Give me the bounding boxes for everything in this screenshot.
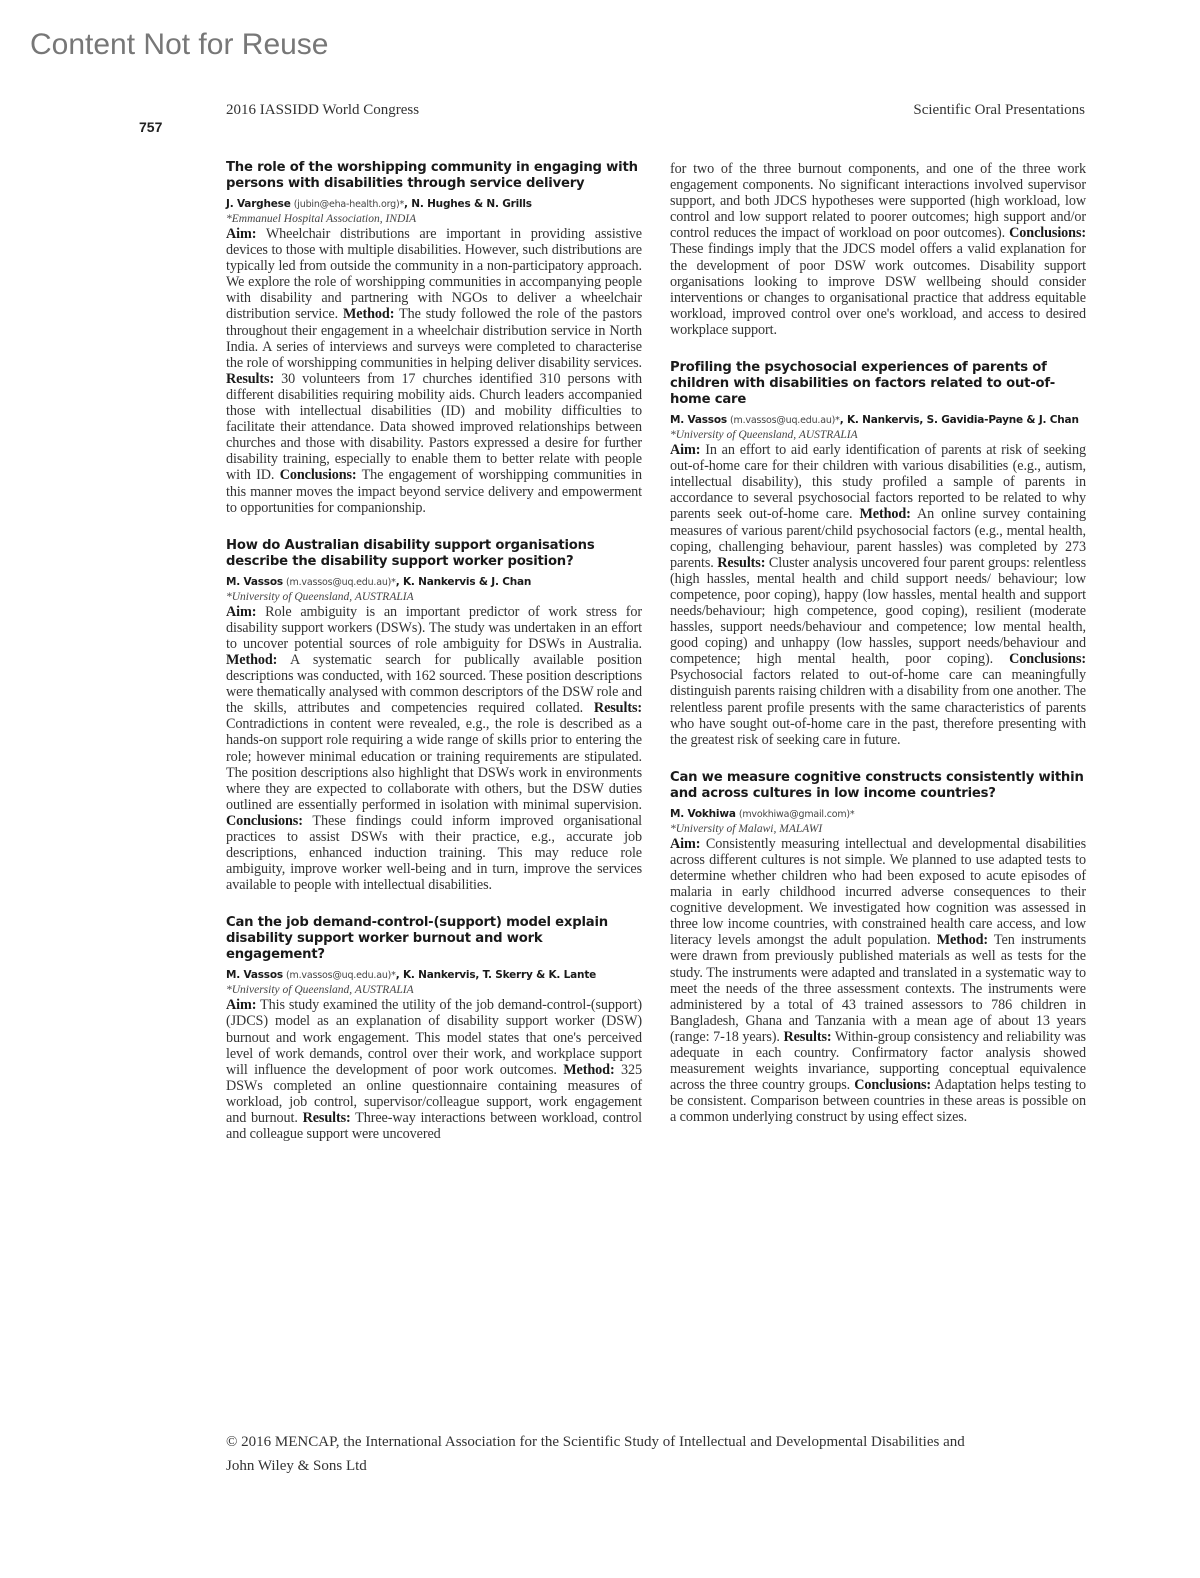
lead-author: M. Vassos bbox=[226, 576, 283, 588]
section-label: Method: bbox=[937, 932, 988, 948]
abstract: How do Australian disability support org… bbox=[226, 538, 642, 894]
lead-author: M. Vassos bbox=[226, 969, 283, 981]
section-label: Conclusions: bbox=[226, 813, 303, 829]
abstract-title: Can the job demand-control-(support) mod… bbox=[226, 915, 642, 963]
section-label: Results: bbox=[594, 700, 642, 716]
running-header-right: Scientific Oral Presentations bbox=[913, 102, 1085, 119]
section-label: Conclusions: bbox=[280, 467, 357, 483]
abstract: Profiling the psychosocial experiences o… bbox=[670, 360, 1086, 748]
copyright-line-2: John Wiley & Sons Ltd bbox=[226, 1454, 1096, 1478]
author-email: (mvokhiwa@gmail.com)* bbox=[739, 809, 855, 820]
affiliation: *University of Queensland, AUSTRALIA bbox=[670, 428, 1086, 442]
affiliation: *University of Queensland, AUSTRALIA bbox=[226, 590, 642, 604]
abstract-continuation: for two of the three burnout components,… bbox=[670, 161, 1086, 338]
co-authors: , N. Hughes & N. Grills bbox=[404, 198, 532, 210]
author-line: J. Varghese (jubin@eha-health.org)*, N. … bbox=[226, 197, 642, 212]
section-label: Aim: bbox=[670, 836, 700, 852]
author-email: (m.vassos@uq.edu.au)* bbox=[730, 415, 840, 426]
page-number: 757 bbox=[139, 119, 162, 135]
author-line: M. Vokhiwa (mvokhiwa@gmail.com)* bbox=[670, 807, 1086, 822]
section-label: Method: bbox=[859, 506, 910, 522]
section-label: Results: bbox=[717, 555, 765, 571]
abstract-body: for two of the three burnout components,… bbox=[670, 161, 1086, 338]
affiliation: *University of Malawi, MALAWI bbox=[670, 822, 1086, 836]
section-label: Aim: bbox=[226, 997, 256, 1013]
section-text: Psychosocial factors related to out-of-h… bbox=[670, 667, 1086, 747]
abstract-body: Aim: This study examined the utility of … bbox=[226, 997, 642, 1142]
section-label: Conclusions: bbox=[1009, 651, 1086, 667]
abstract-body: Aim: Wheelchair distributions are import… bbox=[226, 226, 642, 516]
abstract-body: Aim: In an effort to aid early identific… bbox=[670, 442, 1086, 748]
abstract-title: How do Australian disability support org… bbox=[226, 538, 642, 570]
abstract: The role of the worshipping community in… bbox=[226, 160, 642, 516]
section-text: A systematic search for publically avail… bbox=[226, 652, 642, 716]
right-column: for two of the three burnout components,… bbox=[670, 161, 1086, 1140]
author-email: (jubin@eha-health.org)* bbox=[294, 199, 404, 210]
watermark: Content Not for Reuse bbox=[30, 28, 329, 62]
abstract-title: The role of the worshipping community in… bbox=[226, 160, 642, 192]
section-label: Results: bbox=[783, 1029, 831, 1045]
section-label: Method: bbox=[563, 1062, 614, 1078]
section-label: Aim: bbox=[226, 226, 256, 242]
affiliation: *Emmanuel Hospital Association, INDIA bbox=[226, 212, 642, 226]
section-label: Method: bbox=[343, 306, 394, 322]
author-line: M. Vassos (m.vassos@uq.edu.au)*, K. Nank… bbox=[226, 968, 642, 983]
co-authors: , K. Nankervis, S. Gavidia-Payne & J. Ch… bbox=[840, 414, 1079, 426]
abstract-title: Can we measure cognitive constructs cons… bbox=[670, 770, 1086, 802]
left-column: The role of the worshipping community in… bbox=[226, 160, 642, 1156]
copyright-line-1: © 2016 MENCAP, the International Associa… bbox=[226, 1430, 1096, 1454]
abstract-body: Aim: Consistently measuring intellectual… bbox=[670, 836, 1086, 1126]
abstract-body: Aim: Role ambiguity is an important pred… bbox=[226, 604, 642, 894]
section-label: Results: bbox=[303, 1110, 351, 1126]
section-label: Results: bbox=[226, 371, 274, 387]
running-header-left: 2016 IASSIDD World Congress bbox=[226, 102, 419, 119]
author-email: (m.vassos@uq.edu.au)* bbox=[286, 970, 396, 981]
co-authors: , K. Nankervis, T. Skerry & K. Lante bbox=[396, 969, 596, 981]
author-email: (m.vassos@uq.edu.au)* bbox=[286, 577, 396, 588]
section-label: Method: bbox=[226, 652, 277, 668]
author-line: M. Vassos (m.vassos@uq.edu.au)*, K. Nank… bbox=[670, 413, 1086, 428]
abstract: Can we measure cognitive constructs cons… bbox=[670, 770, 1086, 1126]
section-label: Aim: bbox=[226, 604, 256, 620]
section-label: Aim: bbox=[670, 442, 700, 458]
lead-author: M. Vassos bbox=[670, 414, 727, 426]
section-text: Role ambiguity is an important predictor… bbox=[226, 604, 642, 652]
section-text: Contradictions in content were revealed,… bbox=[226, 716, 642, 812]
section-text: These findings imply that the JDCS model… bbox=[670, 241, 1086, 337]
affiliation: *University of Queensland, AUSTRALIA bbox=[226, 983, 642, 997]
author-line: M. Vassos (m.vassos@uq.edu.au)*, K. Nank… bbox=[226, 575, 642, 590]
abstract-title: Profiling the psychosocial experiences o… bbox=[670, 360, 1086, 408]
copyright-footer: © 2016 MENCAP, the International Associa… bbox=[226, 1430, 1096, 1478]
lead-author: M. Vokhiwa bbox=[670, 808, 736, 820]
section-label: Conclusions: bbox=[1009, 225, 1086, 241]
abstract: Can the job demand-control-(support) mod… bbox=[226, 915, 642, 1142]
section-label: Conclusions: bbox=[854, 1077, 931, 1093]
lead-author: J. Varghese bbox=[226, 198, 291, 210]
co-authors: , K. Nankervis & J. Chan bbox=[396, 576, 531, 588]
